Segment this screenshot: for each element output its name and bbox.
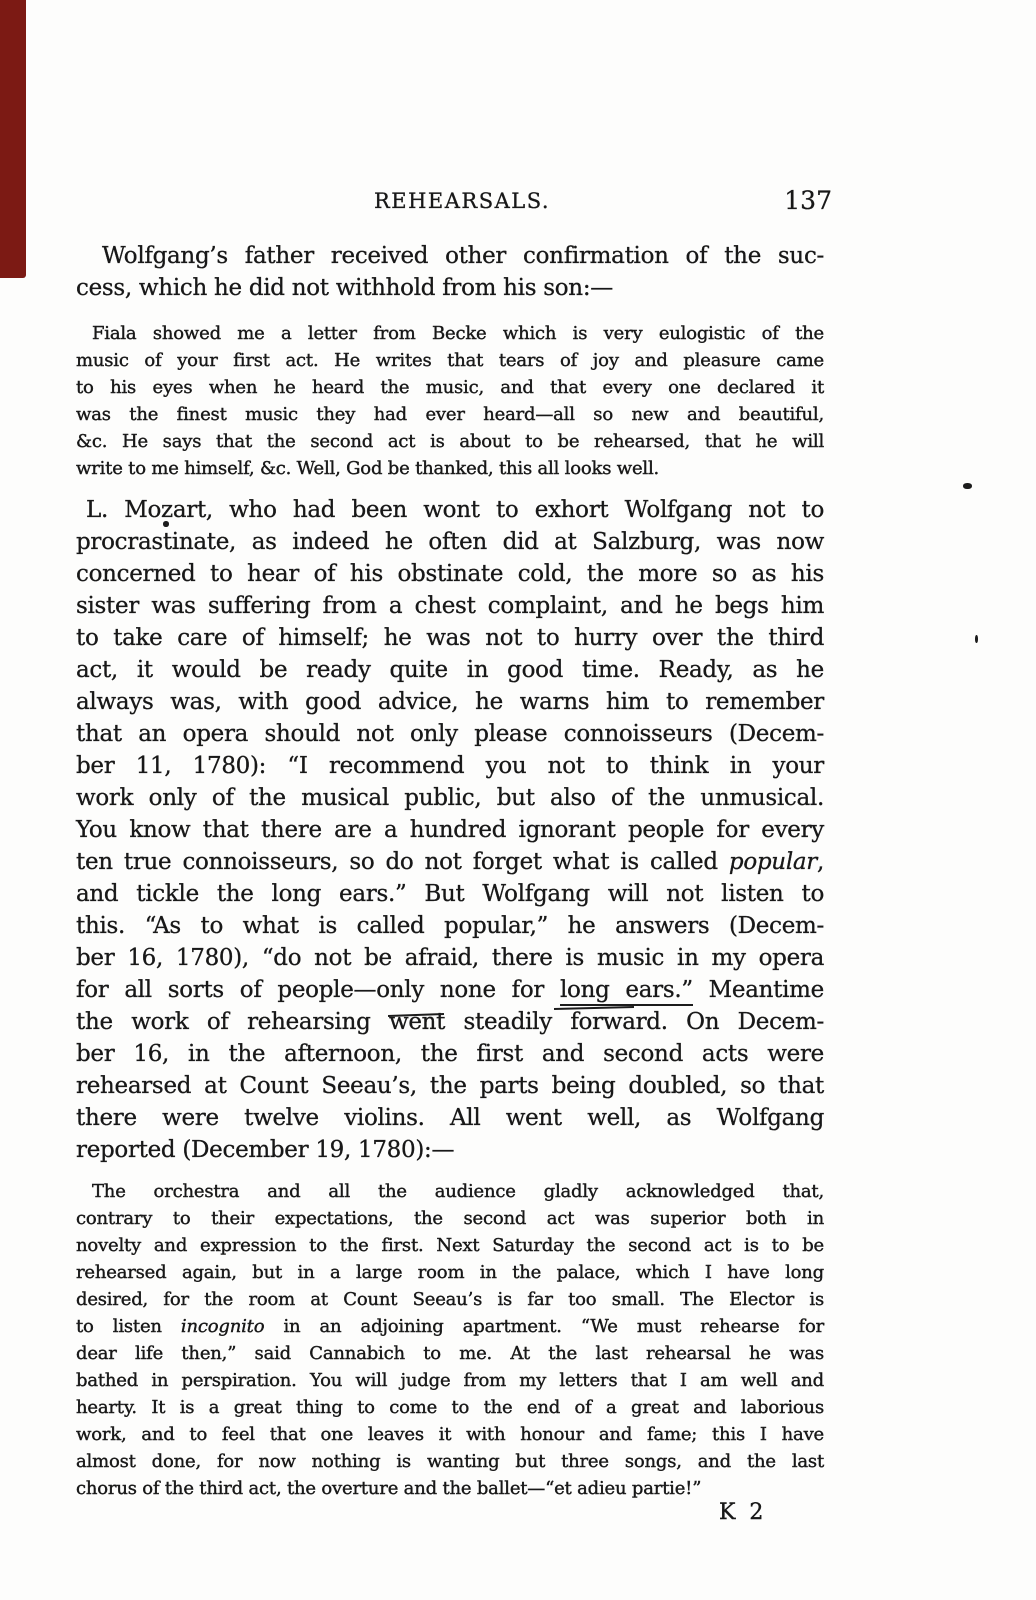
text-line: always was, with good advice, he warns h…: [76, 686, 824, 718]
hand-underline: long ears.”: [560, 977, 693, 1006]
ink-speck: [963, 483, 972, 489]
paragraph-2: L. Mozart, who had been wont to exhort W…: [76, 494, 824, 1166]
text-line: this. “As to what is called popular,” he…: [76, 910, 824, 942]
text-line: concerned to hear of his obstinate cold,…: [76, 558, 824, 590]
text-line: work only of the musical public, but als…: [76, 782, 824, 814]
text-line: desired, for the room at Count Seeau’s i…: [76, 1286, 824, 1313]
quote-2: The orchestra and all the audience gladl…: [76, 1178, 824, 1502]
hand-overline: went: [389, 1009, 445, 1035]
text-line: for all sorts of people—only none for lo…: [76, 974, 824, 1006]
text-line: work, and to feel that one leaves it wit…: [76, 1421, 824, 1448]
text-line: cess, which he did not withhold from his…: [76, 272, 824, 304]
paragraph-1: Wolfgang’s father received other confirm…: [76, 240, 824, 304]
text-line: sister was suffering from a chest compla…: [76, 590, 824, 622]
text-line: ten true connoisseurs, so do not forget …: [76, 846, 824, 878]
text-line: hearty. It is a great thing to come to t…: [76, 1394, 824, 1421]
text-line: there were twelve violins. All went well…: [76, 1102, 824, 1134]
scan-spine-artifact: [0, 0, 26, 278]
text-line: You know that there are a hundred ignora…: [76, 814, 824, 846]
text-line: ber 16, 1780), “do not be afraid, there …: [76, 942, 824, 974]
text-line: the work of rehearsing went steadily for…: [76, 1006, 824, 1038]
text-line: was the finest music they had ever heard…: [76, 401, 824, 428]
signature-mark: K 2: [719, 1500, 763, 1525]
text-line: ber 11, 1780): “I recommend you not to t…: [76, 750, 824, 782]
text-line: contrary to their expectations, the seco…: [76, 1205, 824, 1232]
text-line: L. Mozart, who had been wont to exhort W…: [76, 494, 824, 526]
text-line: rehearsed again, but in a large room in …: [76, 1259, 824, 1286]
text-line: ber 16, in the afternoon, the first and …: [76, 1038, 824, 1070]
text-line: chorus of the third act, the overture an…: [76, 1475, 824, 1502]
text-line: almost done, for now nothing is wanting …: [76, 1448, 824, 1475]
text-line: dear life then,” said Cannabich to me. A…: [76, 1340, 824, 1367]
ink-speck: [163, 521, 169, 527]
text-line: reported (December 19, 1780):—: [76, 1134, 824, 1166]
book-page: REHEARSALS. 137 Wolfgang’s father receiv…: [0, 0, 1036, 1600]
text-line: to take care of himself; he was not to h…: [76, 622, 824, 654]
text-line: The orchestra and all the audience gladl…: [76, 1178, 824, 1205]
quote-1: Fiala showed me a letter from Becke whic…: [76, 320, 824, 482]
text-line: music of your first act. He writes that …: [76, 347, 824, 374]
text-line: write to me himself, &c. Well, God be th…: [76, 455, 824, 482]
text-line: that an opera should not only please con…: [76, 718, 824, 750]
text-line: to listen incognito in an adjoining apar…: [76, 1313, 824, 1340]
text-line: novelty and expression to the first. Nex…: [76, 1232, 824, 1259]
text-line: Wolfgang’s father received other confirm…: [76, 240, 824, 272]
text-line: and tickle the long ears.” But Wolfgang …: [76, 878, 824, 910]
text-line: bathed in perspiration. You will judge f…: [76, 1367, 824, 1394]
text-line: to his eyes when he heard the music, and…: [76, 374, 824, 401]
text-line: Fiala showed me a letter from Becke whic…: [76, 320, 824, 347]
text-block: Wolfgang’s father received other confirm…: [76, 0, 824, 1600]
ink-speck: [975, 635, 978, 643]
text-line: procrastinate, as indeed he often did at…: [76, 526, 824, 558]
text-line: act, it would be ready quite in good tim…: [76, 654, 824, 686]
text-line: &c. He says that the second act is about…: [76, 428, 824, 455]
text-line: rehearsed at Count Seeau’s, the parts be…: [76, 1070, 824, 1102]
